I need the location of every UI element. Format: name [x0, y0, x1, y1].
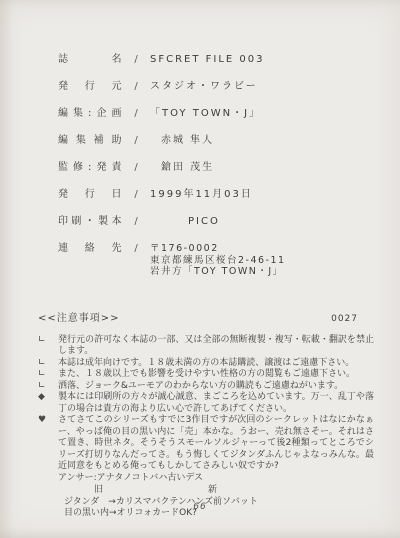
notice-item-text: 発行元の許可なく本誌の一部、又は全部の無断複製・複写・転載・翻訳を禁止します。 [58, 335, 374, 358]
row-value: PICO [150, 216, 220, 227]
notice-code: 0027 [331, 314, 374, 326]
row-label: 印刷・製本 [58, 216, 122, 227]
colophon-row-contact: 連絡先 / 〒176-0002 東京都練馬区桜台2-46-11 岩井方「TOY … [58, 243, 372, 278]
notice-item-text: また、１８歳以上でも影響を受けやすい性格の方の閲覧もご遠慮下さい。 [58, 369, 374, 381]
notice-item-afterword: ♥ さてさてこのシリーズもすでに3作目ですが次回のシークレットはなにかなぁー、や… [38, 415, 374, 484]
slash-separator: / [122, 135, 150, 146]
notice-header: <<注意事項>> 0027 [38, 313, 374, 326]
row-value: スタジオ・ワラビー [150, 81, 258, 92]
notice-item: ◆ 製本には印刷所の方々が誠心誠意、まごころを込めています。万一、乱丁や落丁の場… [38, 392, 374, 415]
row-label: 編集補助 [58, 135, 122, 146]
heart-bullet-icon: ♥ [38, 415, 58, 484]
afterword-text: さてさてこのシリーズもすでに3作目ですが次回のシークレットはなにかなぁー、やっぱ… [58, 415, 374, 484]
old-new-header: 旧 新 [64, 485, 374, 497]
notice-title: <<注意事項>> [38, 313, 120, 325]
notice-section: <<注意事項>> 0027 ∟ 発行元の許可なく本誌の一部、又は全部の無断複製・… [38, 313, 374, 520]
colophon-row-publisher: 発行元 / スタジオ・ワラビー [58, 81, 372, 92]
row-label: 編集:企画 [58, 108, 122, 119]
checkbox-bullet-icon: ∟ [38, 369, 58, 381]
row-label: 発行日 [58, 189, 122, 200]
slash-separator: / [122, 243, 150, 254]
row-label: 連絡先 [58, 243, 122, 254]
answer-line: アンサー:アナタノコトバハ古いデス [58, 473, 374, 485]
colophon-row-title: 誌名 / SFCRET FILE 003 [58, 54, 372, 65]
row-value: 鎗田 茂生 [150, 162, 214, 173]
slash-separator: / [122, 162, 150, 173]
notice-item-text: 洒落、ジョーク&ユーモアのわからない方の購読もご遠慮ねがいます。 [58, 381, 374, 393]
row-value: 1999年11月03日 [150, 189, 253, 200]
notice-item: ∟ 発行元の許可なく本誌の一部、又は全部の無断複製・複写・転載・翻訳を禁止します… [38, 335, 374, 358]
notice-item: ∟ また、１８歳以上でも影響を受けやすい性格の方の閲覧もご遠慮下さい。 [38, 369, 374, 381]
row-value: SFCRET FILE 003 [150, 54, 265, 65]
checkbox-bullet-icon: ∟ [38, 381, 58, 393]
colophon-row-assistant: 編集補助 / 赤城 隼人 [58, 135, 372, 146]
afterword-body: さてさてこのシリーズもすでに3作目ですが次回のシークレットはなにかなぁー、やっぱ… [58, 415, 374, 471]
slash-separator: / [122, 216, 150, 227]
colophon-row-editing: 編集:企画 / 「TOY TOWN・J」 [58, 108, 372, 119]
notice-item: ∟ 洒落、ジョーク&ユーモアのわからない方の購読もご遠慮ねがいます。 [38, 381, 374, 393]
colophon-row-date: 発行日 / 1999年11月03日 [58, 189, 372, 200]
diamond-bullet-icon: ◆ [38, 392, 58, 415]
notice-item-text: 本誌は成年向けです。１８歳未満の方の本誌購読、譲渡はご遠慮下さい。 [58, 358, 374, 370]
colophon-block: 誌名 / SFCRET FILE 003 発行元 / スタジオ・ワラビー 編集:… [58, 54, 372, 294]
checkbox-bullet-icon: ∟ [38, 335, 58, 358]
address-care-of: 岩井方「TOY TOWN・J」 [150, 266, 286, 278]
row-value: 赤城 隼人 [150, 135, 214, 146]
checkbox-bullet-icon: ∟ [38, 358, 58, 370]
old-header: 旧 [94, 485, 103, 497]
row-value: 「TOY TOWN・J」 [150, 108, 261, 119]
notice-item: ∟ 本誌は成年向けです。１８歳未満の方の本誌購読、譲渡はご遠慮下さい。 [38, 358, 374, 370]
slash-separator: / [122, 189, 150, 200]
new-header: 新 [208, 485, 217, 497]
page-number: 66 [0, 502, 400, 512]
row-label: 発行元 [58, 81, 122, 92]
slash-separator: / [122, 81, 150, 92]
colophon-row-supervisor: 監修:発責 / 鎗田 茂生 [58, 162, 372, 173]
colophon-row-printer: 印刷・製本 / PICO [58, 216, 372, 227]
contact-address: 〒176-0002 東京都練馬区桜台2-46-11 岩井方「TOY TOWN・J… [150, 243, 286, 278]
row-label: 監修:発責 [58, 162, 122, 173]
address-line: 東京都練馬区桜台2-46-11 [150, 255, 286, 267]
scanned-colophon-page: 誌名 / SFCRET FILE 003 発行元 / スタジオ・ワラビー 編集:… [0, 0, 400, 538]
row-label: 誌名 [58, 54, 122, 65]
notice-item-text: 製本には印刷所の方々が誠心誠意、まごころを込めています。万一、乱丁や落丁の場合は… [58, 392, 374, 415]
slash-separator: / [122, 54, 150, 65]
postal-code: 〒176-0002 [150, 243, 286, 255]
slash-separator: / [122, 108, 150, 119]
